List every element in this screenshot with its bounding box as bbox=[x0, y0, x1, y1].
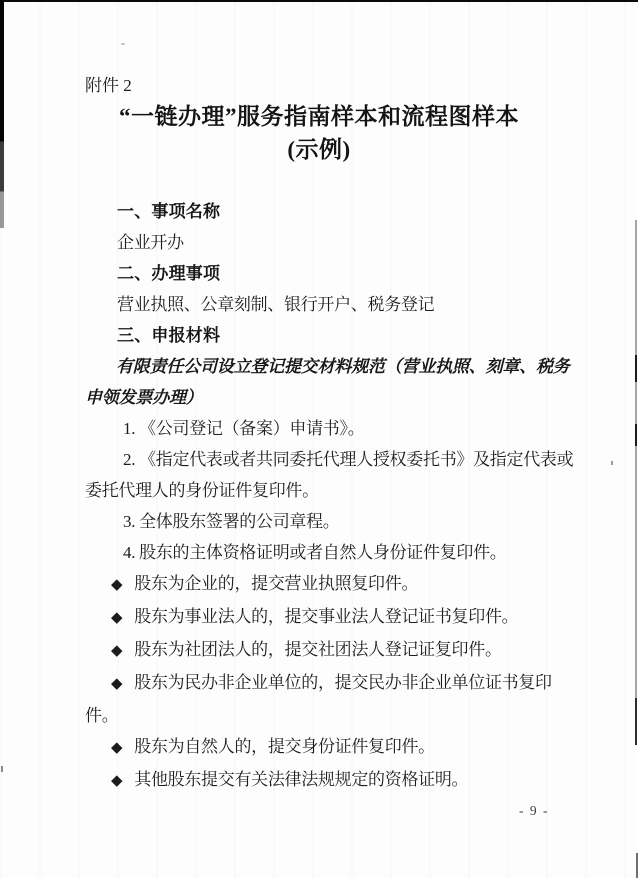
body-line-4: 营业执照、公章刻制、银行开户、税务登记 bbox=[85, 289, 550, 320]
body-line-2: 企业开办 bbox=[85, 227, 550, 258]
bullet-text: 股东为自然人的，提交身份证件复印件。 bbox=[134, 737, 435, 756]
body-line-9: 2. 《指定代表或者共同委托代理人授权委托书》及指定代表或 bbox=[85, 444, 550, 475]
body-line-10: 委托代理人的身份证件复印件。 bbox=[85, 475, 550, 506]
document-title-line2: (示例) bbox=[0, 133, 638, 166]
diamond-bullet-icon: ◆ bbox=[111, 610, 122, 626]
scanned-document-page: 附件 2 “一链办理”服务指南样本和流程图样本 (示例) 一、事项名称企业开办二… bbox=[0, 0, 638, 878]
body-line-17: 件。 bbox=[85, 700, 550, 731]
bullet-text: 股东为民办非企业单位的，提交民办非企业单位证书复印 bbox=[134, 673, 552, 692]
bullet-text: 股东为事业法人的，提交事业法人登记证书复印件。 bbox=[134, 607, 518, 626]
body-line-19: ◆其他股东提交有关法律法规规定的资格证明。 bbox=[85, 764, 550, 797]
scan-artifact-right-edge-dark-3 bbox=[635, 698, 637, 745]
scan-artifact-top-edge bbox=[0, 0, 638, 2]
diamond-bullet-icon: ◆ bbox=[111, 676, 122, 692]
body-line-11: 3. 全体股东签署的公司章程。 bbox=[85, 506, 550, 537]
scan-artifact-right-edge-dark-1 bbox=[635, 355, 637, 382]
scan-speck bbox=[611, 461, 613, 465]
body-line-6: 有限责任公司设立登记提交材料规范（营业执照、刻章、税务 bbox=[85, 351, 550, 382]
attachment-label: 附件 2 bbox=[85, 76, 132, 96]
body-line-15: ◆股东为社团法人的，提交社团法人登记证复印件。 bbox=[85, 634, 550, 667]
page-number: - 9 - bbox=[519, 802, 549, 820]
body-line-5: 三、申报材料 bbox=[85, 320, 550, 351]
body-line-1: 一、事项名称 bbox=[85, 196, 550, 227]
body-line-18: ◆股东为自然人的，提交身份证件复印件。 bbox=[85, 731, 550, 764]
bullet-text: 股东为企业的，提交营业执照复印件。 bbox=[134, 574, 418, 593]
scan-artifact-right-edge-dark-2 bbox=[635, 424, 637, 446]
body-line-3: 二、办理事项 bbox=[85, 258, 550, 289]
body-line-7: 申领发票办理） bbox=[85, 382, 550, 413]
body-line-14: ◆股东为事业法人的，提交事业法人登记证书复印件。 bbox=[85, 601, 550, 634]
document-body: 一、事项名称企业开办二、办理事项营业执照、公章刻制、银行开户、税务登记三、申报材… bbox=[85, 196, 550, 797]
diamond-bullet-icon: ◆ bbox=[111, 740, 122, 756]
diamond-bullet-icon: ◆ bbox=[111, 577, 122, 593]
scan-artifact-right-edge bbox=[635, 220, 637, 745]
diamond-bullet-icon: ◆ bbox=[111, 643, 122, 659]
document-title-line1: “一链办理”服务指南样本和流程图样本 bbox=[0, 100, 638, 133]
scan-speck bbox=[121, 43, 125, 45]
body-line-16: ◆股东为民办非企业单位的，提交民办非企业单位证书复印 bbox=[85, 667, 550, 700]
diamond-bullet-icon: ◆ bbox=[111, 773, 122, 789]
body-line-8: 1. 《公司登记（备案）申请书》。 bbox=[85, 413, 550, 444]
body-line-13: ◆股东为企业的，提交营业执照复印件。 bbox=[85, 568, 550, 601]
scan-artifact-top-left-corner bbox=[0, 0, 4, 10]
scan-speck bbox=[1, 766, 3, 772]
bullet-text: 其他股东提交有关法律法规规定的资格证明。 bbox=[134, 770, 468, 789]
body-line-12: 4. 股东的主体资格证明或者自然人身份证件复印件。 bbox=[85, 537, 550, 568]
bullet-text: 股东为社团法人的，提交社团法人登记证复印件。 bbox=[134, 640, 501, 659]
document-title: “一链办理”服务指南样本和流程图样本 (示例) bbox=[0, 100, 638, 166]
